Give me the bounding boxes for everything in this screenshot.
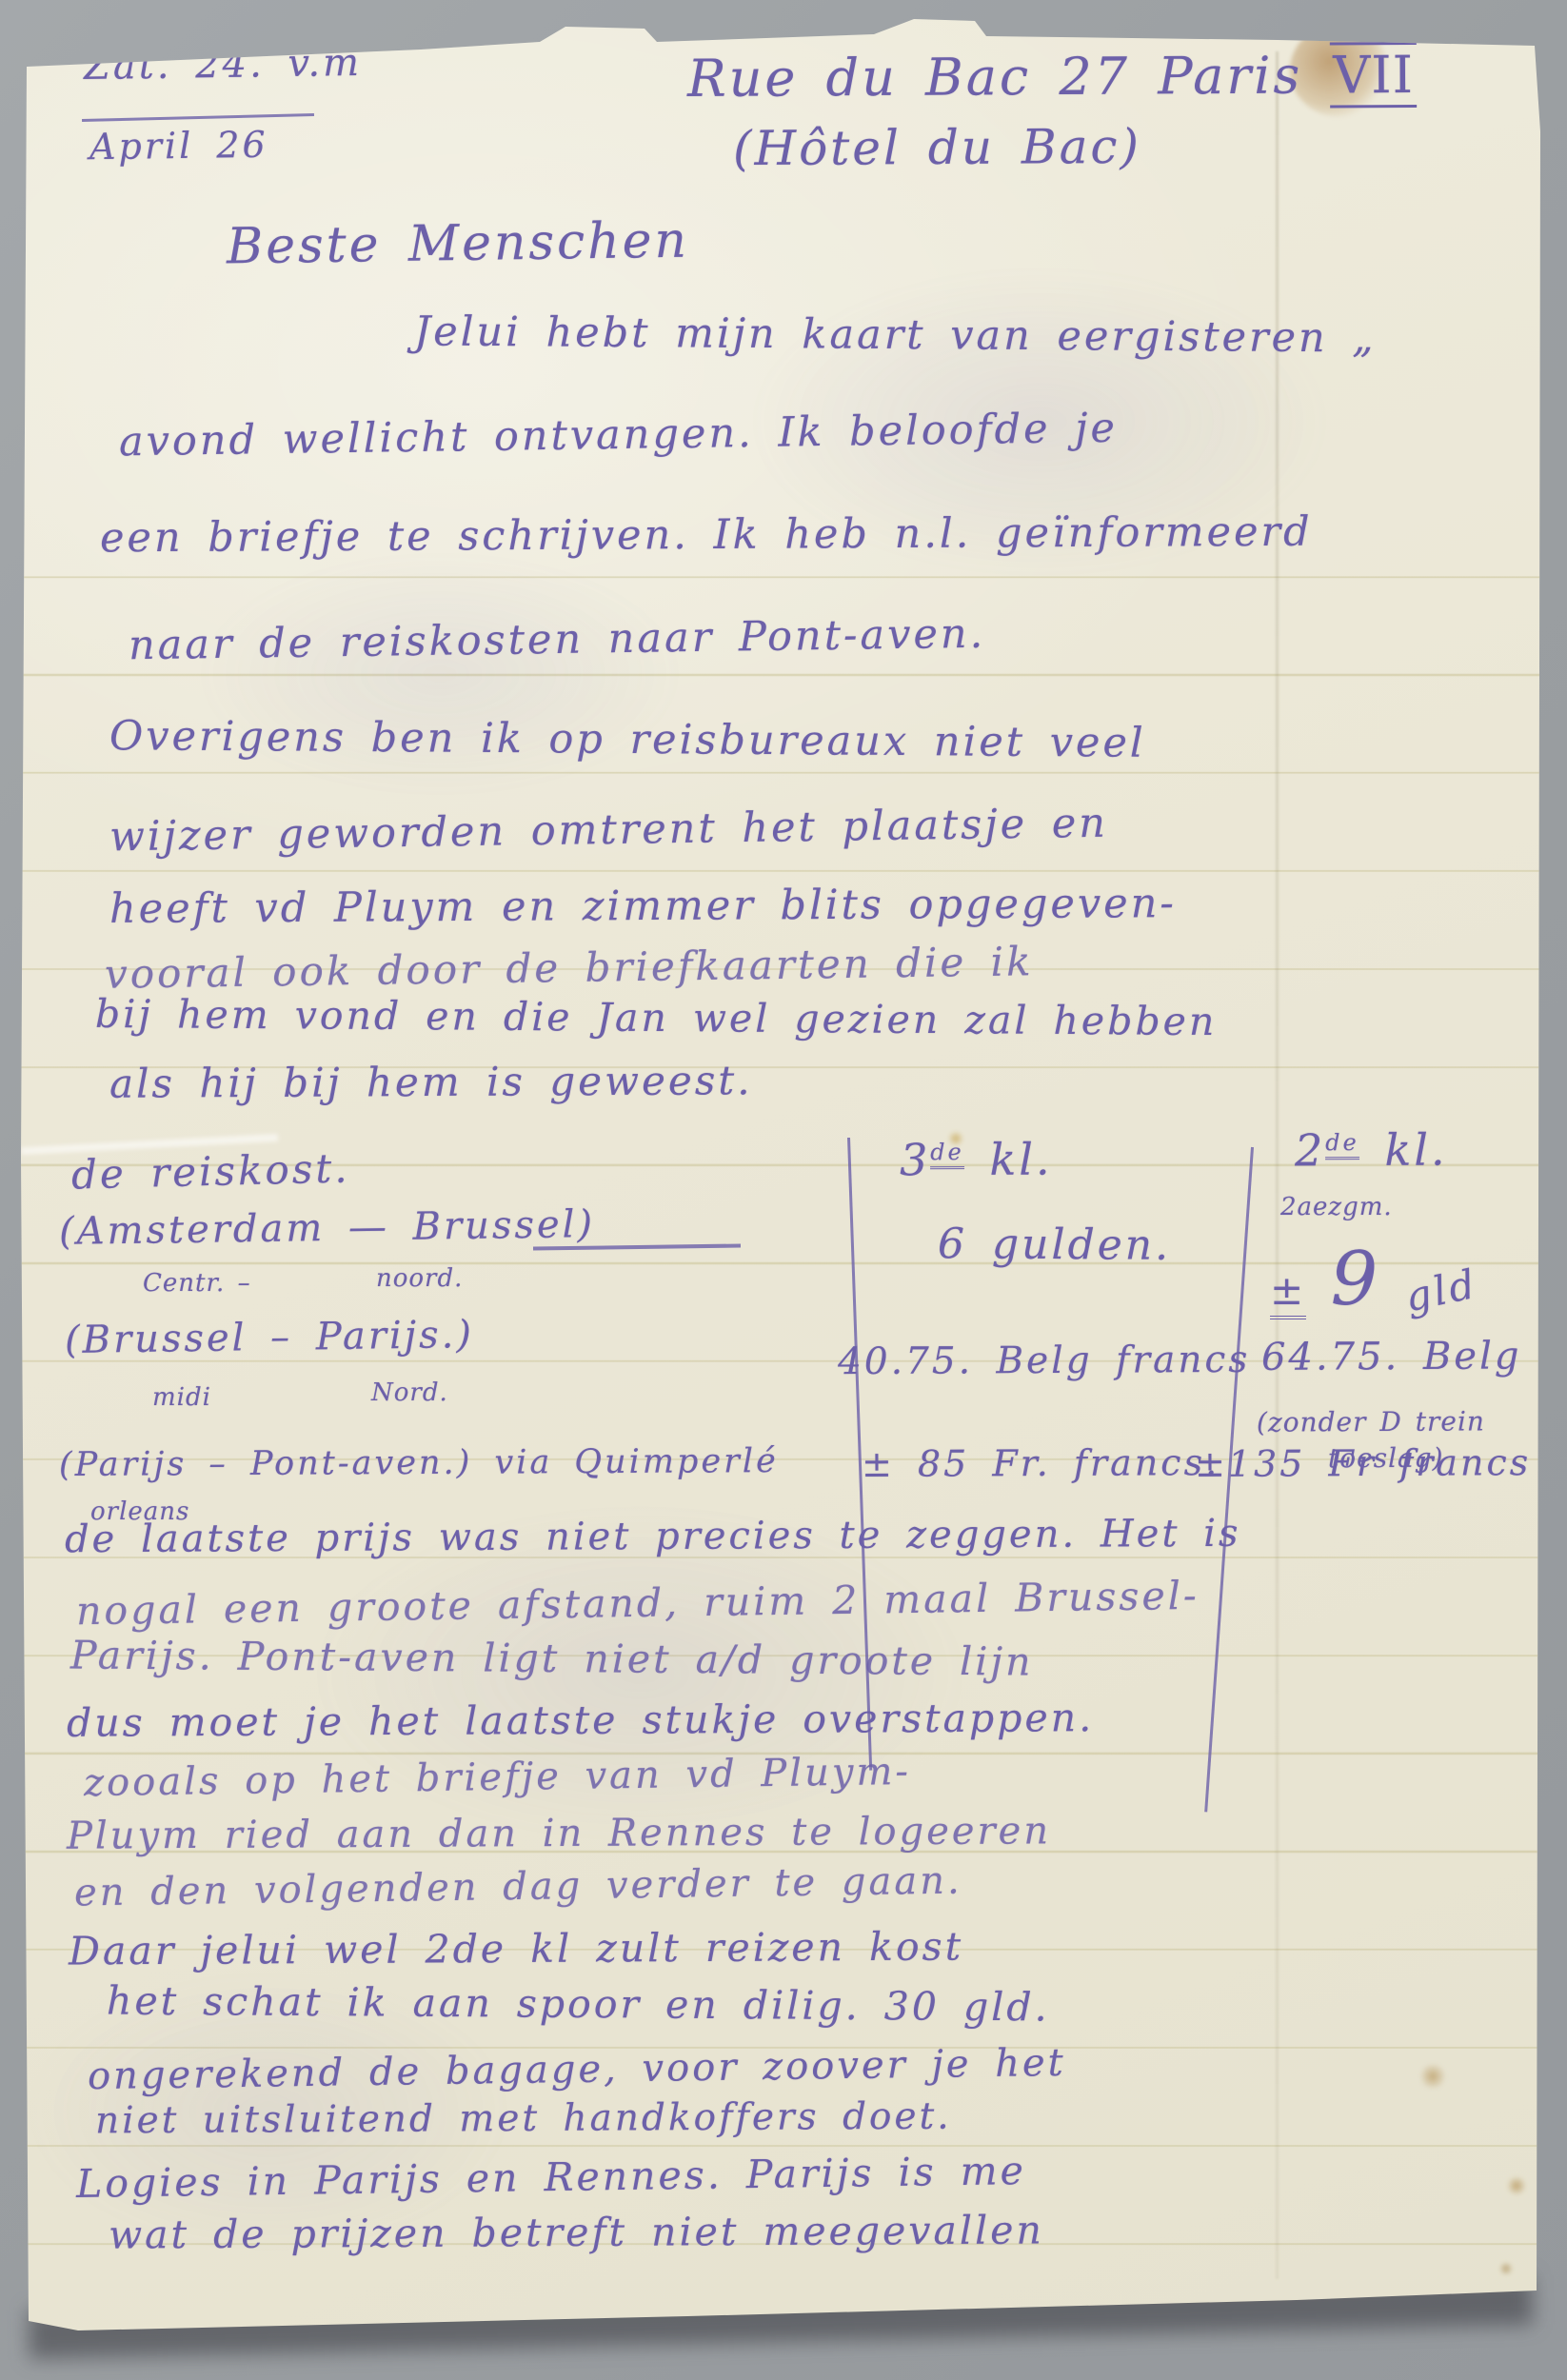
- body-line: dus moet je het laatste stukje overstapp…: [67, 1698, 1094, 1743]
- fare-second-class: ± 9 gld: [1270, 1242, 1478, 1317]
- body-line: de laatste prijs was niet precies te zeg…: [65, 1515, 1241, 1558]
- paper-stain: [1506, 2176, 1527, 2195]
- address-line-2: (Hôtel du Bac): [733, 123, 1141, 172]
- column-header-third-class: 3de kl.: [900, 1138, 1053, 1182]
- scanned-letter-page: { "scan": { "background_color": "#9b9fa2…: [0, 0, 1567, 2380]
- date-underline: [82, 113, 314, 122]
- fare-second-class: ±135 Fr francs: [1195, 1444, 1531, 1482]
- route-label: (Amsterdam — Brussel): [59, 1205, 596, 1251]
- paper-stain: [1498, 2262, 1514, 2275]
- body-line: als hij bij hem is geweest.: [109, 1061, 753, 1104]
- body-line: niet uitsluitend met handkoffers doet.: [95, 2098, 952, 2140]
- body-line: Parijs. Pont-aven ligt niet a/d groote l…: [70, 1636, 1034, 1681]
- body-line: bij hem vond en die Jan wel gezien zal h…: [95, 995, 1218, 1041]
- address-line: Rue du Bac 27 Paris VII: [687, 50, 1417, 105]
- fare-second-class: 64.75. Belg fr: [1261, 1337, 1567, 1377]
- date-line: Zat. 24. v.m: [84, 44, 362, 86]
- body-line: Daar jelui wel 2de kl zult reizen kost: [69, 1928, 963, 1972]
- route-sub-label: Centr. –: [143, 1271, 251, 1296]
- body-line: Pluym ried aan dan in Rennes te logeeren: [67, 1812, 1051, 1854]
- letter-paper: Zat. 24. v.m April 26 Rue du Bac 27 Pari…: [21, 17, 1542, 2332]
- body-line: zooals op het briefje van vd Pluym-: [84, 1753, 911, 1802]
- body-line: wat de prijzen betreft niet meegevallen: [109, 2211, 1044, 2254]
- paper-stain: [1418, 2064, 1447, 2089]
- route-sub-label: Nord.: [371, 1380, 448, 1405]
- body-line: naar de reiskosten naar Pont-aven.: [129, 614, 986, 667]
- body-line: het schat ik aan spoor en dilig. 30 gld.: [107, 1982, 1050, 2028]
- fare-third-class: 40.75. Belg francs: [838, 1341, 1251, 1380]
- body-line: Jelui hebt mijn kaart van eergisteren „: [414, 311, 1377, 359]
- route-label: (Parijs – Pont-aven.) via Quimperlé: [59, 1445, 779, 1482]
- column-header-second-class-sub: 2aezgm.: [1280, 1195, 1393, 1220]
- route-label: (Brussel – Parijs.): [65, 1316, 474, 1359]
- fare-third-class: ± 85 Fr. francs.: [862, 1444, 1220, 1482]
- fare-third-class: 6 gulden.: [938, 1223, 1171, 1267]
- route-sub-label: noord.: [376, 1266, 463, 1291]
- body-line: heeft vd Pluym en zimmer blits opgegeven…: [109, 883, 1177, 930]
- table-title: de reiskost.: [71, 1148, 350, 1195]
- fare-note: (zonder D trein: [1257, 1408, 1485, 1436]
- body-line: een briefje te schrijven. Ik heb n.l. ge…: [100, 512, 1313, 560]
- date-line-2: April 26: [89, 127, 268, 166]
- body-line: Overigens ben ik op reisbureaux niet vee…: [109, 716, 1146, 764]
- route-sub-label: midi: [152, 1385, 211, 1410]
- column-header-second-class: 2de kl.: [1295, 1128, 1448, 1173]
- district-roman-numeral: VII: [1330, 42, 1417, 108]
- salutation: Beste Menschen: [227, 216, 690, 272]
